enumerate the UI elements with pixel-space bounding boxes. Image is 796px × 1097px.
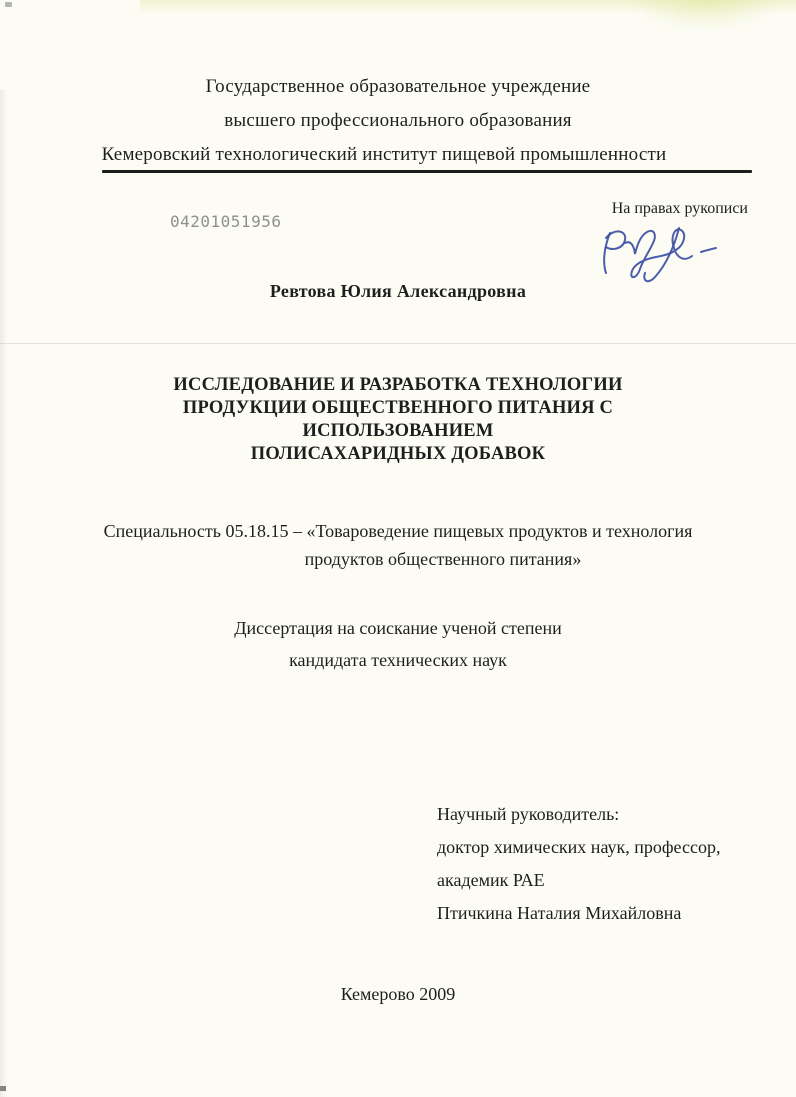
supervisor-academy: академик РАЕ — [437, 864, 720, 897]
title-line-2: ПРОДУКЦИИ ОБЩЕСТВЕННОГО ПИТАНИЯ С — [30, 397, 766, 420]
institution-line-1: Государственное образовательное учрежден… — [30, 76, 766, 98]
thesis-type-line-2: кандидата технических наук — [30, 644, 766, 676]
signature-icon — [594, 221, 719, 289]
scan-crease-line — [0, 343, 796, 344]
dissertation-title-page: Государственное образовательное учрежден… — [0, 0, 796, 1097]
scan-speck-top-left — [5, 2, 12, 7]
thesis-type-line-1: Диссертация на соискание ученой степени — [30, 612, 766, 644]
institution-line-2: высшего профессионального образования — [30, 110, 766, 132]
registration-number-stamp: 04201051956 — [170, 212, 281, 231]
supervisor-block: Научный руководитель: доктор химических … — [437, 798, 720, 930]
title-line-3: ИСПОЛЬЗОВАНИЕМ — [30, 420, 766, 443]
city-year: Кемерово 2009 — [30, 984, 766, 1005]
specialty-line-1: Специальность 05.18.15 – «Товароведение … — [30, 517, 766, 545]
header-divider-rule — [102, 170, 752, 173]
specialty: Специальность 05.18.15 – «Товароведение … — [30, 517, 766, 573]
scan-tint-top-right — [630, 0, 780, 32]
supervisor-degree: доктор химических наук, профессор, — [437, 831, 720, 864]
title-line-1: ИССЛЕДОВАНИЕ И РАЗРАБОТКА ТЕХНОЛОГИИ — [30, 374, 766, 397]
dissertation-title: ИССЛЕДОВАНИЕ И РАЗРАБОТКА ТЕХНОЛОГИИ ПРО… — [30, 374, 766, 466]
supervisor-label: Научный руководитель: — [437, 798, 720, 831]
scan-left-edge-smudge — [0, 90, 7, 1097]
manuscript-rights-note: На правах рукописи — [612, 200, 748, 218]
specialty-line-2: продуктов общественного питания» — [75, 545, 796, 573]
supervisor-name: Птичкина Наталия Михайловна — [437, 897, 720, 930]
author-name: Ревтова Юлия Александровна — [30, 281, 766, 302]
title-line-4: ПОЛИСАХАРИДНЫХ ДОБАВОК — [30, 443, 766, 466]
institution-line-3: Кемеровский технологический институт пищ… — [16, 144, 752, 166]
thesis-type: Диссертация на соискание ученой степени … — [30, 612, 766, 676]
